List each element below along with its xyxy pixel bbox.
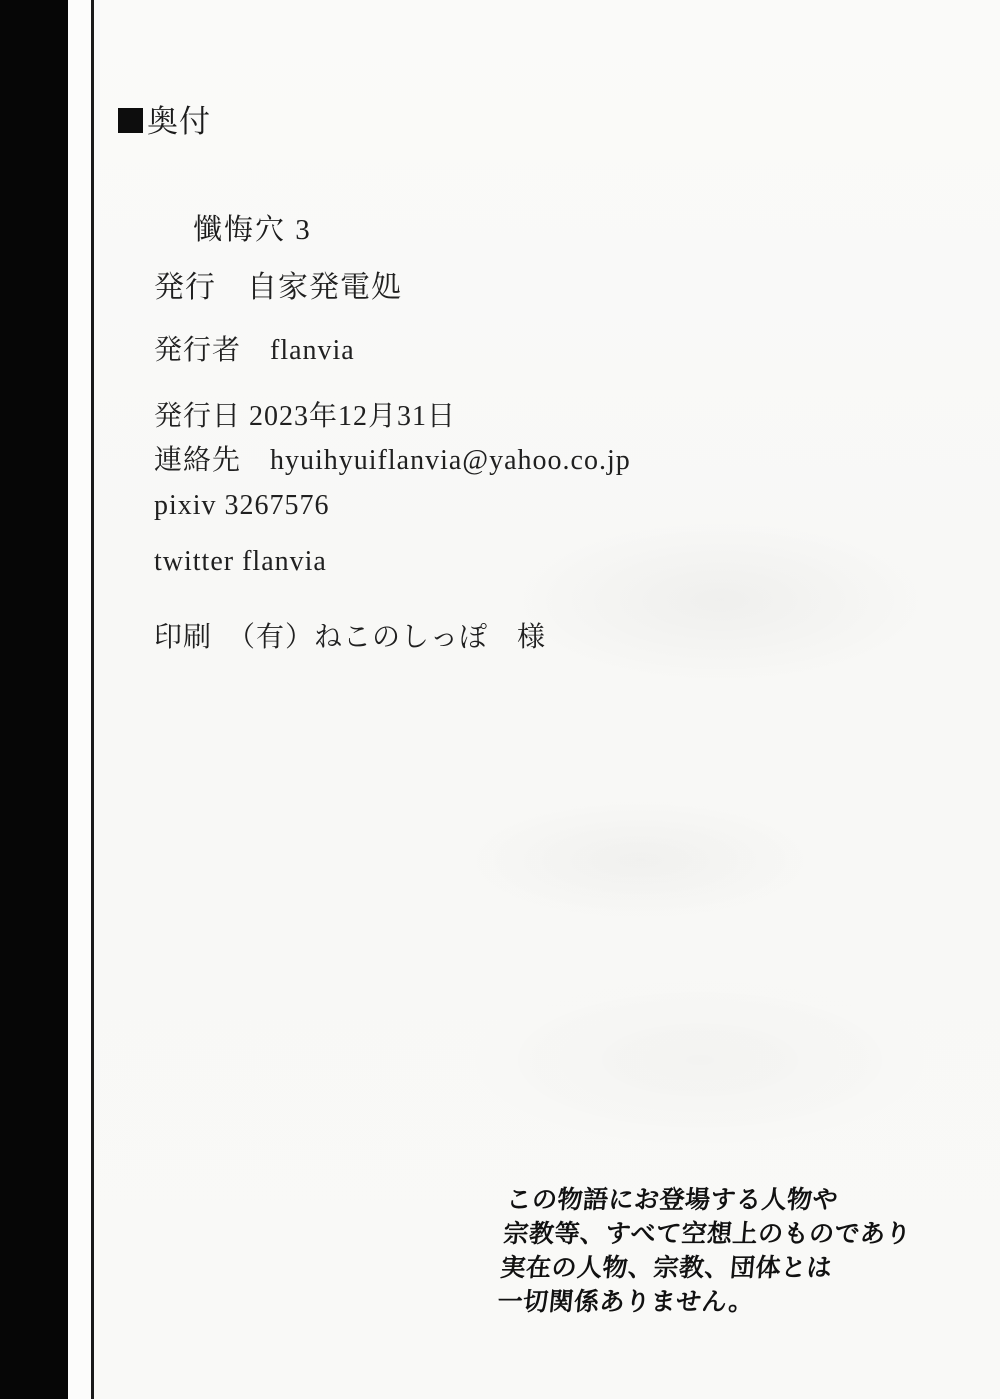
publisher-line: 発行 自家発電処	[154, 262, 402, 306]
colophon-header-label: 奥付	[147, 104, 211, 139]
disclaimer-line: 一切関係ありません。	[496, 1285, 906, 1319]
pixiv-id-line: pixiv 3267576	[154, 490, 330, 522]
twitter-handle-line: twitter flanvia	[154, 546, 327, 578]
printer-line: 印刷 （有）ねこのしっぽ 様	[154, 615, 546, 655]
scanner-black-margin	[0, 0, 68, 1399]
contact-email-line: 連絡先 hyuihyuiflanvia@yahoo.co.jp	[154, 438, 631, 478]
fiction-disclaimer: この物語にお登場する人物や 宗教等、すべて空想上のものであり 実在の人物、宗教、…	[496, 1183, 915, 1319]
disclaimer-line: この物語にお登場する人物や	[505, 1183, 915, 1217]
disclaimer-line: 実在の人物、宗教、団体とは	[499, 1251, 909, 1285]
page-edge-line	[91, 0, 94, 1399]
publish-date-line: 発行日 2023年12月31日	[154, 394, 456, 434]
book-title: 懺悔穴 3	[193, 207, 312, 248]
page-gutter	[68, 0, 91, 1399]
disclaimer-line: 宗教等、すべて空想上のものであり	[502, 1217, 912, 1251]
author-line: 発行者 flanvia	[154, 328, 355, 368]
colophon-header: 奥付	[118, 96, 211, 141]
square-bullet-icon	[118, 108, 143, 133]
